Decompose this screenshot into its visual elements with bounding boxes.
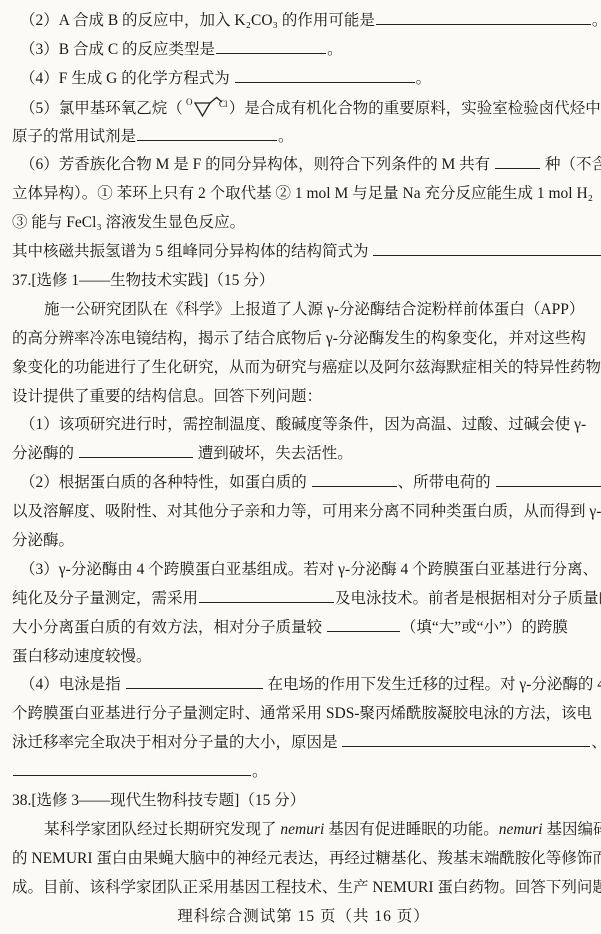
q37-header: 37.[选修 1——生物技术实践]（15 分） bbox=[12, 267, 595, 296]
text-run: 37.[选修 1——生物技术实践]（15 分） bbox=[12, 272, 274, 289]
text-run: 。 bbox=[592, 12, 601, 29]
text-run: 38.[选修 3——现代生物科技专题]（15 分） bbox=[12, 792, 305, 809]
text-run: 纯化及分子量测定，需采用 bbox=[12, 590, 198, 607]
answer-blank bbox=[342, 743, 590, 747]
q36-item5-line-1: （5）氯甲基环氧乙烷（OCl）是合成有机化合物的重要原料，实验室检验卤代烃中氯 bbox=[12, 94, 595, 123]
exam-paper: （2）A 合成 B 的反应中，加入 K₂CO₃ 的作用可能是。（3）B 合成 C… bbox=[0, 0, 601, 932]
text-run: 泳迁移率完全取决于相对分子量的大小，原因是 bbox=[12, 734, 341, 751]
answer-blank bbox=[126, 685, 263, 689]
text-run: 施一公研究团队在《科学》上报道了人源 γ-分泌酶结合淀粉样前体蛋白（APP） bbox=[44, 301, 584, 318]
q38-header: 38.[选修 3——现代生物科技专题]（15 分） bbox=[12, 787, 595, 816]
text-run: 种（不含 bbox=[541, 156, 601, 173]
q36-item5-line-2: 原子的常用试剂是。 bbox=[12, 123, 595, 152]
q36-item2-line: （2）A 合成 B 的反应中，加入 K₂CO₃ 的作用可能是。 bbox=[12, 7, 595, 36]
q38-intro-line-3: 成。目前、该科学家团队正采用基因工程技术、生产 NEMURI 蛋白药物。回答下列… bbox=[12, 874, 595, 903]
answer-blank bbox=[376, 21, 591, 25]
answer-blank bbox=[13, 772, 251, 776]
text-run: 及电泳技术。前者是根据相对分子质量的 bbox=[335, 590, 601, 607]
text-run: 、所带电荷的 bbox=[398, 474, 495, 491]
svg-text:O: O bbox=[186, 97, 193, 107]
q37-intro-line-3: 象变化的功能进行了生化研究，从而为研究与癌症以及阿尔兹海默症相关的特异性药物 bbox=[12, 354, 595, 383]
q37-item4-line-1: （4）电泳是指 在电场的作用下发生迁移的过程。对 γ-分泌酶的 4 bbox=[12, 671, 595, 700]
q37-intro-line-2: 的高分辨率冷冻电镜结构，揭示了结合底物后 γ-分泌酶发生的构象变化，并对这些构 bbox=[12, 325, 595, 354]
answer-blank bbox=[495, 165, 540, 169]
text-run: （1）该项研究进行时，需控制温度、酸碱度等条件，因为高温、过酸、过碱会使 γ- bbox=[20, 416, 586, 433]
text-run: 其中核磁共振氢谱为 5 组峰同分异构体的结构简式为 bbox=[12, 243, 372, 260]
answer-blank bbox=[235, 79, 415, 83]
text-run: 。 bbox=[416, 70, 432, 87]
answer-blank bbox=[373, 252, 601, 256]
answer-blank bbox=[327, 628, 400, 632]
q37-item4-line-4: 。 bbox=[12, 758, 595, 787]
q37-item4-line-3: 泳迁移率完全取决于相对分子量的大小，原因是 、 bbox=[12, 729, 595, 758]
answer-blank bbox=[496, 483, 601, 487]
text-run: 遭到破坏，失去活性。 bbox=[194, 445, 353, 462]
text-run: 。 bbox=[252, 763, 268, 780]
text-run: （2）A 合成 B 的反应中，加入 K₂CO₃ 的作用可能是 bbox=[20, 12, 375, 29]
text-run: 某科学家团队经过长期研究发现了 bbox=[44, 821, 280, 838]
q37-item3-line-3: 大小分离蛋白质的有效方法，相对分子质量较 （填“大”或“小”）的跨膜 bbox=[12, 614, 595, 643]
q36-item6-line-4: 其中核磁共振氢谱为 5 组峰同分异构体的结构简式为 bbox=[12, 238, 595, 267]
answer-blank bbox=[137, 137, 277, 141]
q36-item3-line: （3）B 合成 C 的反应类型是。 bbox=[12, 36, 595, 65]
text-run: （6）芳香族化合物 M 是 F 的同分异构体，则符合下列条件的 M 共有 bbox=[20, 156, 494, 173]
text-run: 的高分辨率冷冻电镜结构，揭示了结合底物后 γ-分泌酶发生的构象变化，并对这些构 bbox=[12, 330, 586, 347]
q37-item3-line-4: 蛋白移动速度较慢。 bbox=[12, 643, 595, 672]
italic-gene-name: nemuri bbox=[499, 821, 543, 838]
text-run: ③ 能与 FeCl₃ 溶液发生显色反应。 bbox=[12, 214, 245, 231]
page-lines: （2）A 合成 B 的反应中，加入 K₂CO₃ 的作用可能是。（3）B 合成 C… bbox=[12, 7, 595, 903]
text-run: 。 bbox=[278, 128, 294, 145]
text-run: 、 bbox=[591, 734, 601, 751]
answer-blank bbox=[216, 50, 326, 54]
text-run: （3）γ-分泌酶由 4 个跨膜蛋白亚基组成。若对 γ-分泌酶 4 个跨膜蛋白亚基… bbox=[20, 561, 598, 578]
answer-blank bbox=[79, 454, 193, 458]
q37-item3-line-2: 纯化及分子量测定，需采用及电泳技术。前者是根据相对分子质量的 bbox=[12, 585, 595, 614]
text-run: 基因有促进睡眠的功能。 bbox=[324, 821, 498, 838]
text-run: 在电场的作用下发生迁移的过程。对 γ-分泌酶的 4 bbox=[264, 676, 601, 693]
q36-item4-line: （4）F 生成 G 的化学方程式为 。 bbox=[12, 65, 595, 94]
q37-item2-line-1: （2）根据蛋白质的各种特性，如蛋白质的 、所带电荷的 、 bbox=[12, 469, 595, 498]
q37-item3-line-1: （3）γ-分泌酶由 4 个跨膜蛋白亚基组成。若对 γ-分泌酶 4 个跨膜蛋白亚基… bbox=[12, 556, 595, 585]
q37-item2-line-3: 分泌酶。 bbox=[12, 527, 595, 556]
text-run: （4）电泳是指 bbox=[20, 676, 125, 693]
text-run: 成。目前、该科学家团队正采用基因工程技术、生产 NEMURI 蛋白药物。回答下列… bbox=[12, 879, 601, 896]
text-run: 立体异构）。① 苯环上只有 2 个取代基 ② 1 mol M 与足量 Na 充分… bbox=[12, 185, 593, 202]
q37-item1-line-1: （1）该项研究进行时，需控制温度、酸碱度等条件，因为高温、过酸、过碱会使 γ- bbox=[12, 411, 595, 440]
answer-blank bbox=[312, 483, 397, 487]
text-run: （4）F 生成 G 的化学方程式为 bbox=[20, 70, 234, 87]
text-run: 大小分离蛋白质的有效方法，相对分子质量较 bbox=[12, 619, 326, 636]
q37-item1-line-2: 分泌酶的 遭到破坏，失去活性。 bbox=[12, 440, 595, 469]
q37-intro-line-1: 施一公研究团队在《科学》上报道了人源 γ-分泌酶结合淀粉样前体蛋白（APP） bbox=[12, 296, 595, 325]
page-footer: 理科综合测试第 15 页（共 16 页） bbox=[12, 903, 595, 932]
q37-item2-line-2: 以及溶解度、吸附性、对其他分子亲和力等，可用来分离不同种类蛋白质，从而得到 γ- bbox=[12, 498, 595, 527]
text-run: （5）氯甲基环氧乙烷（ bbox=[20, 100, 183, 117]
text-run: 以及溶解度、吸附性、对其他分子亲和力等，可用来分离不同种类蛋白质，从而得到 γ- bbox=[12, 503, 601, 520]
text-run: 的 NEMURI 蛋白由果蝇大脑中的神经元表达，再经过糖基化、羧基末端酰胺化等修… bbox=[12, 850, 601, 867]
svg-text:Cl: Cl bbox=[219, 99, 228, 109]
answer-blank bbox=[199, 599, 334, 603]
scanned-exam-page: { "document": { "kind": "scanned-exam-pa… bbox=[0, 0, 601, 934]
italic-gene-name: nemuri bbox=[280, 821, 324, 838]
text-run: 分泌酶。 bbox=[12, 532, 74, 549]
text-run: 分泌酶的 bbox=[12, 445, 78, 462]
epichlorohydrin-structure: OCl bbox=[183, 100, 229, 117]
text-run: 蛋白移动速度较慢。 bbox=[12, 648, 152, 665]
text-run: 原子的常用试剂是 bbox=[12, 128, 136, 145]
q36-item6-line-3: ③ 能与 FeCl₃ 溶液发生显色反应。 bbox=[12, 209, 595, 238]
q36-item6-line-2: 立体异构）。① 苯环上只有 2 个取代基 ② 1 mol M 与足量 Na 充分… bbox=[12, 180, 595, 209]
q38-intro-line-2: 的 NEMURI 蛋白由果蝇大脑中的神经元表达，再经过糖基化、羧基末端酰胺化等修… bbox=[12, 845, 595, 874]
text-run: （3）B 合成 C 的反应类型是 bbox=[20, 41, 215, 58]
q38-intro-line-1: 某科学家团队经过长期研究发现了 nemuri 基因有促进睡眠的功能。nemuri… bbox=[12, 816, 595, 845]
text-run: （填“大”或“小”）的跨膜 bbox=[401, 619, 568, 636]
text-run: 设计提供了重要的结构信息。回答下列问题： bbox=[12, 388, 322, 405]
q37-item4-line-2: 个跨膜蛋白亚基进行分子量测定时、通常采用 SDS-聚丙烯酰胺凝胶电泳的方法，该电 bbox=[12, 700, 595, 729]
text-run: （2）根据蛋白质的各种特性，如蛋白质的 bbox=[20, 474, 311, 491]
text-run: ）是合成有机化合物的重要原料，实验室检验卤代烃中氯 bbox=[229, 100, 601, 117]
q36-item6-line-1: （6）芳香族化合物 M 是 F 的同分异构体，则符合下列条件的 M 共有 种（不… bbox=[12, 151, 595, 180]
q37-intro-line-4: 设计提供了重要的结构信息。回答下列问题： bbox=[12, 383, 595, 412]
text-run: 个跨膜蛋白亚基进行分子量测定时、通常采用 SDS-聚丙烯酰胺凝胶电泳的方法，该电 bbox=[12, 705, 592, 722]
text-run: 。 bbox=[327, 41, 343, 58]
text-run: 基因编码 bbox=[543, 821, 601, 838]
text-run: 象变化的功能进行了生化研究，从而为研究与癌症以及阿尔兹海默症相关的特异性药物 bbox=[12, 359, 601, 376]
